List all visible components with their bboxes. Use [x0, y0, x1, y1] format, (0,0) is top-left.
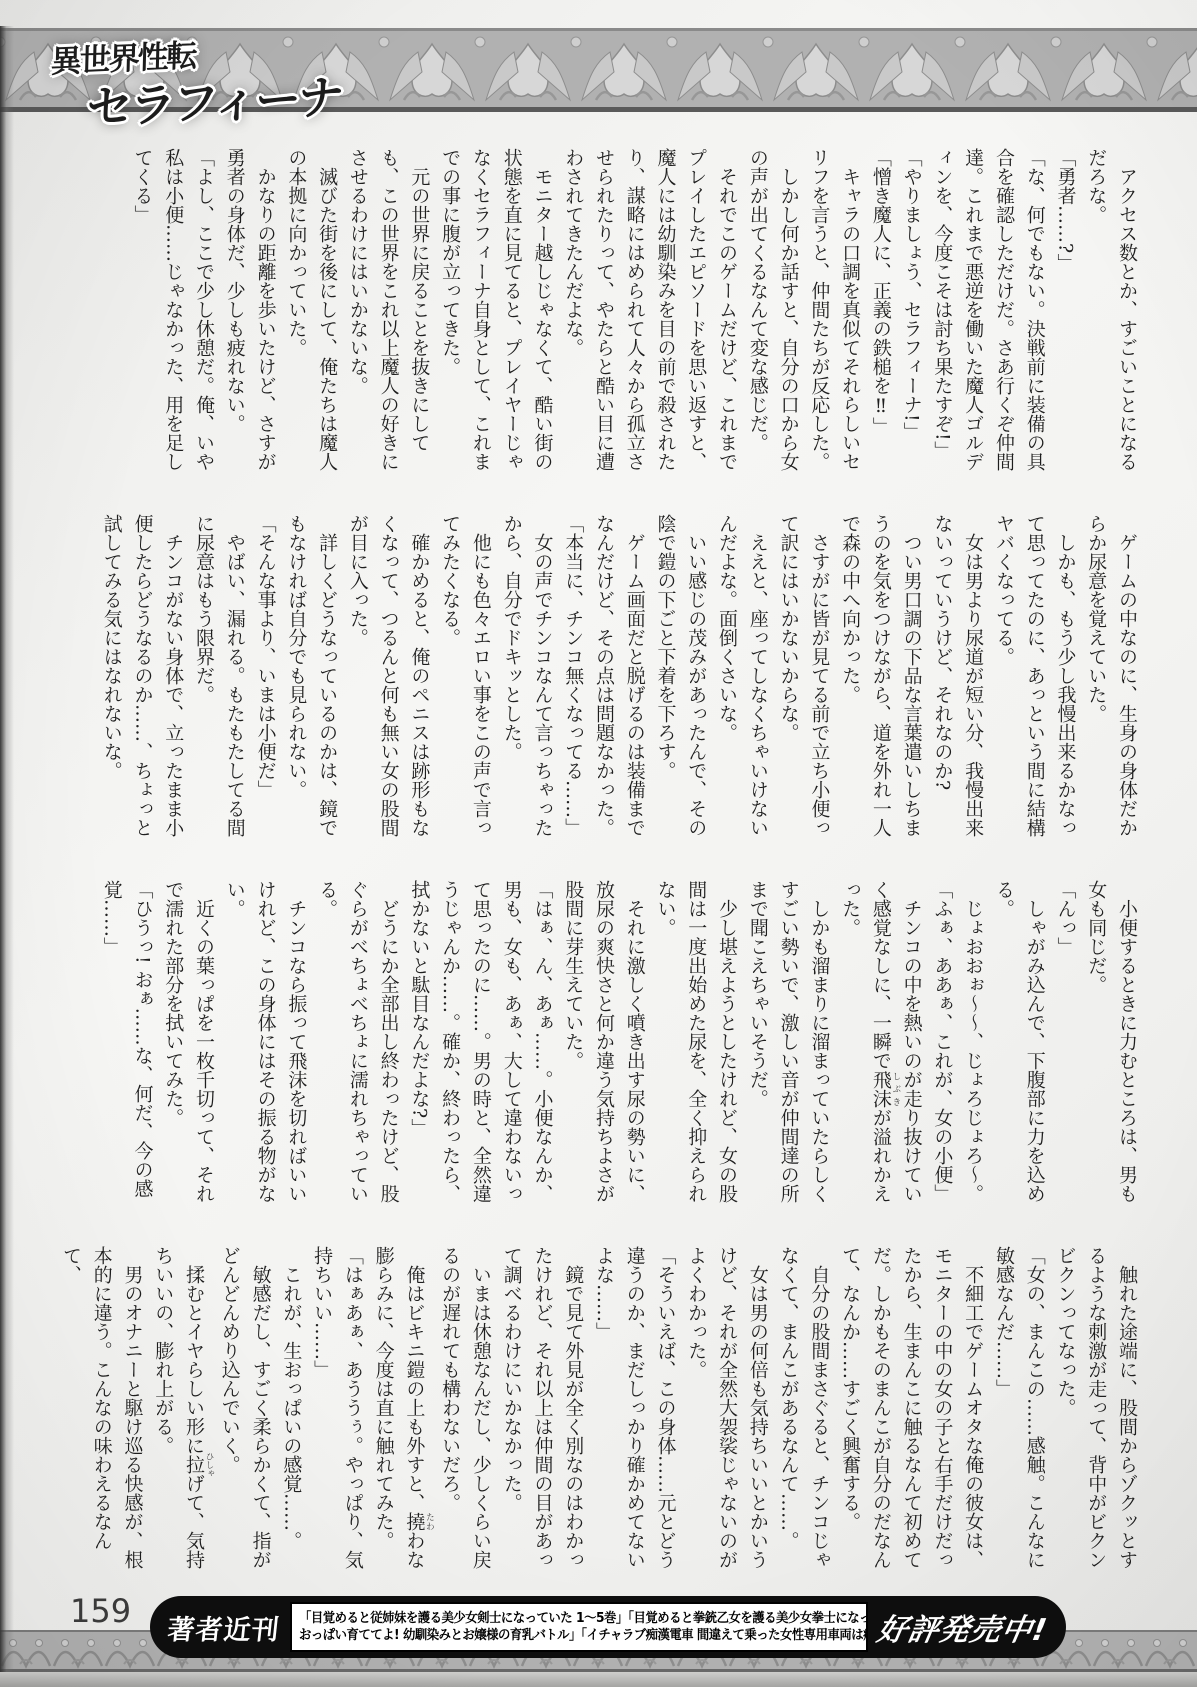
paragraph: しゃがみ込んで、下腹部に力を込める。	[988, 880, 1050, 1208]
scanned-novel-page: 異世界性転 セラフィーナ アクセス数とか、すごいことになるだろな。「勇者……?」…	[0, 0, 1197, 1687]
paragraph: しかも、もう少し我慢出来るかなって思ってたのに、あっという間に結構ヤバくなってる…	[988, 514, 1080, 842]
paragraph: やばい、漏れる。もたもたしてる間に尿意はもう限界だ。	[188, 514, 250, 842]
paragraph: 俺はビキニ鎧の上も外すと、撓たわわな膨らみに、今度は直に触れてみた。	[368, 1246, 435, 1574]
paragraph: 近くの葉っぱを一枚千切って、それで濡れた部分を拭いてみた。	[158, 880, 220, 1208]
paragraph: さすがに皆が見てる前で立ち小便って訳にはいかないからな。	[773, 514, 835, 842]
paragraph: 「勇者……?」	[1050, 148, 1081, 476]
on-sale-badge: 好評発売中!	[874, 1605, 1051, 1649]
paragraph: しかし何か話すと、自分の口から女の声が出てくるなんて変な感じだ。	[742, 148, 804, 476]
paragraph: 「ひうっ! おぁ……な、何だ、今の感覚……」	[96, 880, 158, 1208]
page-left-edge-shadow	[0, 26, 14, 1675]
page-number: 159	[70, 1592, 131, 1630]
book-list-line-1: 「目覚めると従姉妹を護る美少女剣士になっていた 1〜5巻」「目覚めると拳銃乙女を…	[299, 1610, 831, 1627]
book-list-box: 「目覚めると従姉妹を護る美少女剣士になっていた 1〜5巻」「目覚めると拳銃乙女を…	[290, 1602, 868, 1652]
paragraph: キャラの口調を真似てそれらしいセリフを言うと、仲間たちが反応した。	[804, 148, 866, 476]
paragraph: チンコがない身体で、立ったまま小便したらどうなるのか……、ちょっと試してみる気に…	[96, 514, 188, 842]
paragraph: 「本当に、チンコ無くなってる……」	[557, 514, 588, 842]
paragraph: 「そういえば、この身体……元とどう違うのか、まだしっかり確かめてないよな……」	[588, 1246, 680, 1574]
paragraph: チンコの中を熱いのが走り抜けていく感覚なしに、一瞬で飛沫しぶきが溢れかえった。	[834, 880, 926, 1208]
paragraph: じょおおぉ〜〜、じょろじょろ〜。	[957, 880, 988, 1208]
paragraph: 男のオナニーと駆け巡る快感が、根本的に違う。こんなの味わえるなんて、	[55, 1246, 147, 1574]
paragraph: 小便するときに力むところは、男も女も同じだ。	[1080, 880, 1142, 1208]
paragraph: 女の声でチンコなんて言っちゃったから、自分でドキッとした。	[496, 514, 558, 842]
paragraph: 敏感だし、すごく柔らかくて、指がどんどんめり込んでいく。	[214, 1246, 276, 1574]
paragraph: ゲームの中なのに、生身の身体だからか尿意を覚えていた。	[1080, 514, 1142, 842]
paragraph: 鏡で見て外見が全く別なのはわかったけれど、それ以上は仲間の目があって調べるわけに…	[496, 1246, 588, 1574]
paragraph: これが、生おっぱいの感覚……。	[276, 1246, 307, 1574]
paragraph: 「ふぁ、ああぁ、これが、女の小便」	[927, 880, 958, 1208]
paragraph: しかも溜まりに溜まっていたらしくすごい勢いで、激しい音が仲間達の所まで聞こえちゃ…	[742, 880, 834, 1208]
text-band-2: ゲームの中なのに、生身の身体だからか尿意を覚えていた。しかも、もう少し我慢出来る…	[56, 514, 1142, 842]
paragraph: 少し堪えようとしたけれど、女の股間は一度出始めた尿を、全く抑えられない。	[650, 880, 742, 1208]
text-band-1: アクセス数とか、すごいことになるだろな。「勇者……?」「な、何でもない。決戦前に…	[56, 148, 1142, 476]
author-recent-works-label: 著者近刊	[166, 1608, 282, 1647]
paragraph: ゲーム画面だと脱げるのは装備までなんだけど、その点は問題なかった。	[588, 514, 650, 842]
paragraph: 揉むとイヤらしい形に拉ひしゃげて、気持ちいいの、膨れ上がる。	[148, 1246, 215, 1574]
paragraph: 「憎き魔人に、正義の鉄槌を‼」	[865, 148, 896, 476]
paragraph: 不細工でゲームオタな俺の彼女は、モニターの中の女の子と右手だけだったから、生まん…	[834, 1246, 988, 1574]
paragraph: いまは休憩なんだし、少しくらい戻るのが遅れても構わないだろ。	[434, 1246, 496, 1574]
author-books-bar: 著者近刊 「目覚めると従姉妹を護る美少女剣士になっていた 1〜5巻」「目覚めると…	[150, 1596, 1066, 1658]
paragraph: どうにか全部出し終わったけど、股ぐらがべちょべちょに濡れちゃっている。	[311, 880, 403, 1208]
book-list-line-2: おっぱい育ててよ! 幼馴染みとお嬢様の育乳バトル」「イチャラブ痴漢電車 間違えて…	[299, 1627, 831, 1644]
paragraph: 触れた途端に、股間からゾクッとするような刺激が走って、背中がビクンビクンってなっ…	[1050, 1246, 1142, 1574]
paragraph: 「はぁ、ん、あぁ……。小便なんか、男も、女も、あぁ、大して違わないって思ったのに…	[404, 880, 558, 1208]
page-bottom-edge-shadow	[0, 1672, 1197, 1687]
paragraph: モニター越しじゃなくて、酷い街の状態を直に見てると、プレイヤーじゃなくセラフィー…	[434, 148, 557, 476]
paragraph: チンコなら振って飛沫を切ればいいけれど、この身体にはその振る物がない。	[219, 880, 311, 1208]
paragraph: 詳しくどうなっているのかは、鏡でもなければ自分でも見られない。	[281, 514, 343, 842]
paragraph: いい感じの茂みがあったんで、その陰で鎧の下ごと下着を下ろす。	[650, 514, 712, 842]
paragraph: それでこのゲームだけど、これまでプレイしたエピソードを思い返すと、魔人には幼馴染…	[557, 148, 742, 476]
paragraph: 「はぁあぁ、あううぅ。やっぱり、気持ちいい……」	[306, 1246, 368, 1574]
paragraph: それに激しく噴き出す尿の勢いに、放尿の爽快さと何か違う気持ちよさが股間に芽生えて…	[557, 880, 649, 1208]
paragraph: 「そんな事より、いまは小便だ」	[250, 514, 281, 842]
series-logo-line2: セラフィーナ	[86, 61, 342, 138]
paragraph: 女は男の何倍も気持ちいいとかいうけど、それが全然大袈裟じゃないのがよくわかった。	[681, 1246, 773, 1574]
paragraph: アクセス数とか、すごいことになるだろな。	[1080, 148, 1142, 476]
paragraph: ええと、座ってしなくちゃいけないんだよな。面倒くさいな。	[711, 514, 773, 842]
paragraph: 「んっ」	[1050, 880, 1081, 1208]
text-band-4: 触れた途端に、股間からゾクッとするような刺激が走って、背中がビクンビクンってなっ…	[56, 1246, 1142, 1574]
paragraph: 「よし、ここで少し休憩だ。俺、いや私は小便……じゃなかった、用を足してくる」	[127, 148, 219, 476]
paragraph: 滅びた街を後にして、俺たちは魔人の本拠に向かっていた。	[281, 148, 343, 476]
novel-text-area: アクセス数とか、すごいことになるだろな。「勇者……?」「な、何でもない。決戦前に…	[56, 148, 1142, 1612]
paragraph: 元の世界に戻ることを抜きにしても、この世界をこれ以上魔人の好きにさせるわけにはい…	[342, 148, 434, 476]
text-band-3: 小便するときに力むところは、男も女も同じだ。「んっ」しゃがみ込んで、下腹部に力を…	[56, 880, 1142, 1208]
paragraph: 「やりましょう、セラフィーナ!」	[896, 148, 927, 476]
series-logo: 異世界性転 セラフィーナ	[50, 24, 343, 139]
paragraph: 他にも色々エロい事をこの声で言ってみたくなる。	[434, 514, 496, 842]
paragraph: 確かめると、俺のペニスは跡形もなくなって、つるんと何も無い女の股間が目に入った。	[342, 514, 434, 842]
paragraph: 「な、何でもない。決戦前に装備の具合を確認しただけだ。さあ行くぞ仲間達。これまで…	[927, 148, 1050, 476]
paragraph: 「女の、まんこの……感触。こんなに敏感なんだ……」	[988, 1246, 1050, 1574]
paragraph: 女は男より尿道が短い分、我慢出来ないっていうけど、それなのか?	[927, 514, 989, 842]
paragraph: 自分の股間まさぐると、チンコじゃなくて、まんこがあるなんて……。	[773, 1246, 835, 1574]
paragraph: かなりの距離を歩いたけど、さすが勇者の身体だ、少しも疲れない。	[219, 148, 281, 476]
paragraph: つい男口調の下品な言葉遣いしちまうのを気をつけながら、道を外れ一人で森の中へ向か…	[834, 514, 926, 842]
